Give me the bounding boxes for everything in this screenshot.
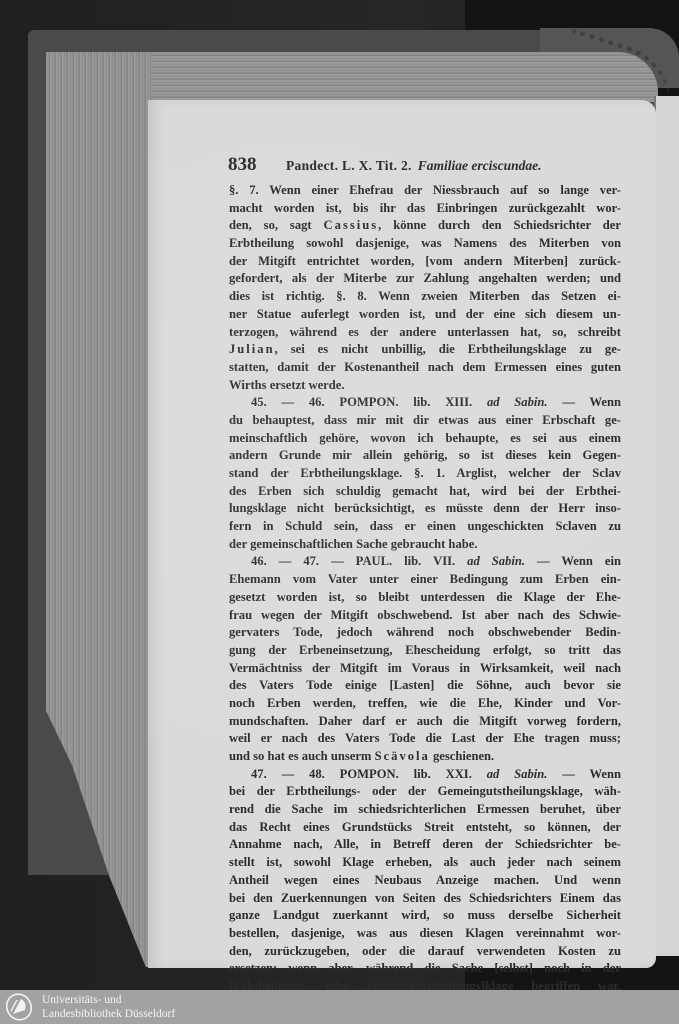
text-line: des Vaters Tode einige [Lasten] die Söhn…	[229, 677, 621, 695]
text-line: §. 7. Wenn einer Ehefrau der Niessbrauch…	[229, 182, 621, 200]
text-line: stand der Erbtheilungsklage. §. 1. Argli…	[229, 465, 621, 483]
spaced-name: Julian	[229, 342, 275, 356]
text-line: ner Statue auferlegt worden ist, und der…	[229, 306, 621, 324]
text-line: weil er nach des Vaters Tode die Last de…	[229, 730, 621, 748]
text-line: den, zurückzugeben, oder die darauf verw…	[229, 943, 621, 961]
text-line: statten, damit der Kostenantheil nach de…	[229, 359, 621, 377]
text-line: lungsklage nicht berücksichtigt, es müss…	[229, 500, 621, 518]
text-line: du behauptest, dass mir mit dir etwas au…	[229, 412, 621, 430]
text-line: des Erben sich schuldig gemacht hat, wir…	[229, 483, 621, 501]
text-line: der Mitgift entrichtet worden, [vom ande…	[229, 253, 621, 271]
italic-citation: ad Sabin.	[487, 767, 548, 781]
text-line: gesetzt worden ist, so bleibt unterdesse…	[229, 589, 621, 607]
running-title-subject: Familiae erciscundae.	[418, 158, 542, 174]
text-line: gervaters Tode, jedoch während noch obsc…	[229, 624, 621, 642]
italic-citation: ad Sabin.	[487, 395, 548, 409]
text-line: Annahme nach, Alle, in Betreff deren der…	[229, 836, 621, 854]
text-line: gung der Erbeneinsetzung, Ehescheidung e…	[229, 642, 621, 660]
text-line: rend die Sache im schiedsrichterlichen E…	[229, 801, 621, 819]
text-line: den, so, sagt Cassius, könne durch den S…	[229, 217, 621, 235]
library-footer-bar: Universitäts- und Landesbibliothek Düsse…	[0, 990, 679, 1024]
text-line: frau wegen der Mitgift obschwebend. Ist …	[229, 607, 621, 625]
text-line: Erbtheilung sowohl dasjenige, was Namens…	[229, 235, 621, 253]
text-line: das Recht eines Grundstücks Streit entst…	[229, 819, 621, 837]
library-name-line2: Landesbibliothek Düsseldorf	[42, 1007, 175, 1021]
library-name: Universitäts- und Landesbibliothek Düsse…	[42, 993, 175, 1021]
text-line: Wirths ersetzt werde.	[229, 377, 621, 395]
text-line: terzogen, während es der andere unterlas…	[229, 324, 621, 342]
text-line: macht worden ist, bis ihr das Einbringen…	[229, 200, 621, 218]
text-line: andern Grunde mir allein gehörig, so ist…	[229, 447, 621, 465]
text-line: meinschaftlich gehöre, wovon ich behaupt…	[229, 430, 621, 448]
book-page: 838 Pandect. L. X. Tit. 2. Familiae erci…	[148, 100, 656, 968]
text-line: ganze Landgut zuerkannt wird, so muss de…	[229, 907, 621, 925]
facing-page-edge	[654, 96, 679, 956]
book-logo-icon	[4, 992, 34, 1022]
text-line: dies ist richtig. §. 8. Wenn zweien Mite…	[229, 288, 621, 306]
text-line: Vermächtniss der Mitgift im Voraus in Wi…	[229, 660, 621, 678]
running-title: Pandect. L. X. Tit. 2.	[286, 158, 412, 174]
text-line: 45. — 46. POMPON. lib. XIII. ad Sabin. —…	[229, 394, 621, 412]
text-line: gefordert, als der Miterbe zur Zahlung a…	[229, 270, 621, 288]
text-line: bei den Zuerkennungen von Seiten des Sch…	[229, 890, 621, 908]
library-name-line1: Universitäts- und	[42, 993, 175, 1007]
text-line: bei der Erbtheilungs- oder der Gemeingut…	[229, 783, 621, 801]
text-line: bestellen, dasjenige, was aus diesen Kla…	[229, 925, 621, 943]
text-line: und so hat es auch unserm Scävola geschi…	[229, 748, 621, 766]
text-line: mundschaften. Daher darf er auch die Mit…	[229, 713, 621, 731]
spaced-name: Cassius	[324, 218, 379, 232]
text-line: stellt ist, sowohl Klage erheben, als au…	[229, 854, 621, 872]
italic-citation: ad Sabin.	[467, 554, 525, 568]
text-line: fern in Schuld sein, dass er einen unges…	[229, 518, 621, 536]
page-number: 838	[228, 154, 286, 176]
body-text: §. 7. Wenn einer Ehefrau der Niessbrauch…	[229, 182, 621, 996]
spaced-name: Scävola	[375, 749, 430, 763]
text-line: Ehemann vom Vater unter einer Bedingung …	[229, 571, 621, 589]
text-line: ersetzen; wenn aber, während die Sache […	[229, 960, 621, 978]
text-line: 46. — 47. — PAUL. lib. VII. ad Sabin. — …	[229, 553, 621, 571]
text-line: noch Erben werden, treffen, wie die Ehe,…	[229, 695, 621, 713]
page-header: 838 Pandect. L. X. Tit. 2. Familiae erci…	[228, 154, 648, 176]
text-line: Antheil wegen eines Neubaus Anzeige mach…	[229, 872, 621, 890]
text-line: 47. — 48. POMPON. lib. XXI. ad Sabin. — …	[229, 766, 621, 784]
text-line: der gemeinschaftlichen Sache gebraucht h…	[229, 536, 621, 554]
text-line: Julian, sei es nicht unbillig, die Erbth…	[229, 341, 621, 359]
